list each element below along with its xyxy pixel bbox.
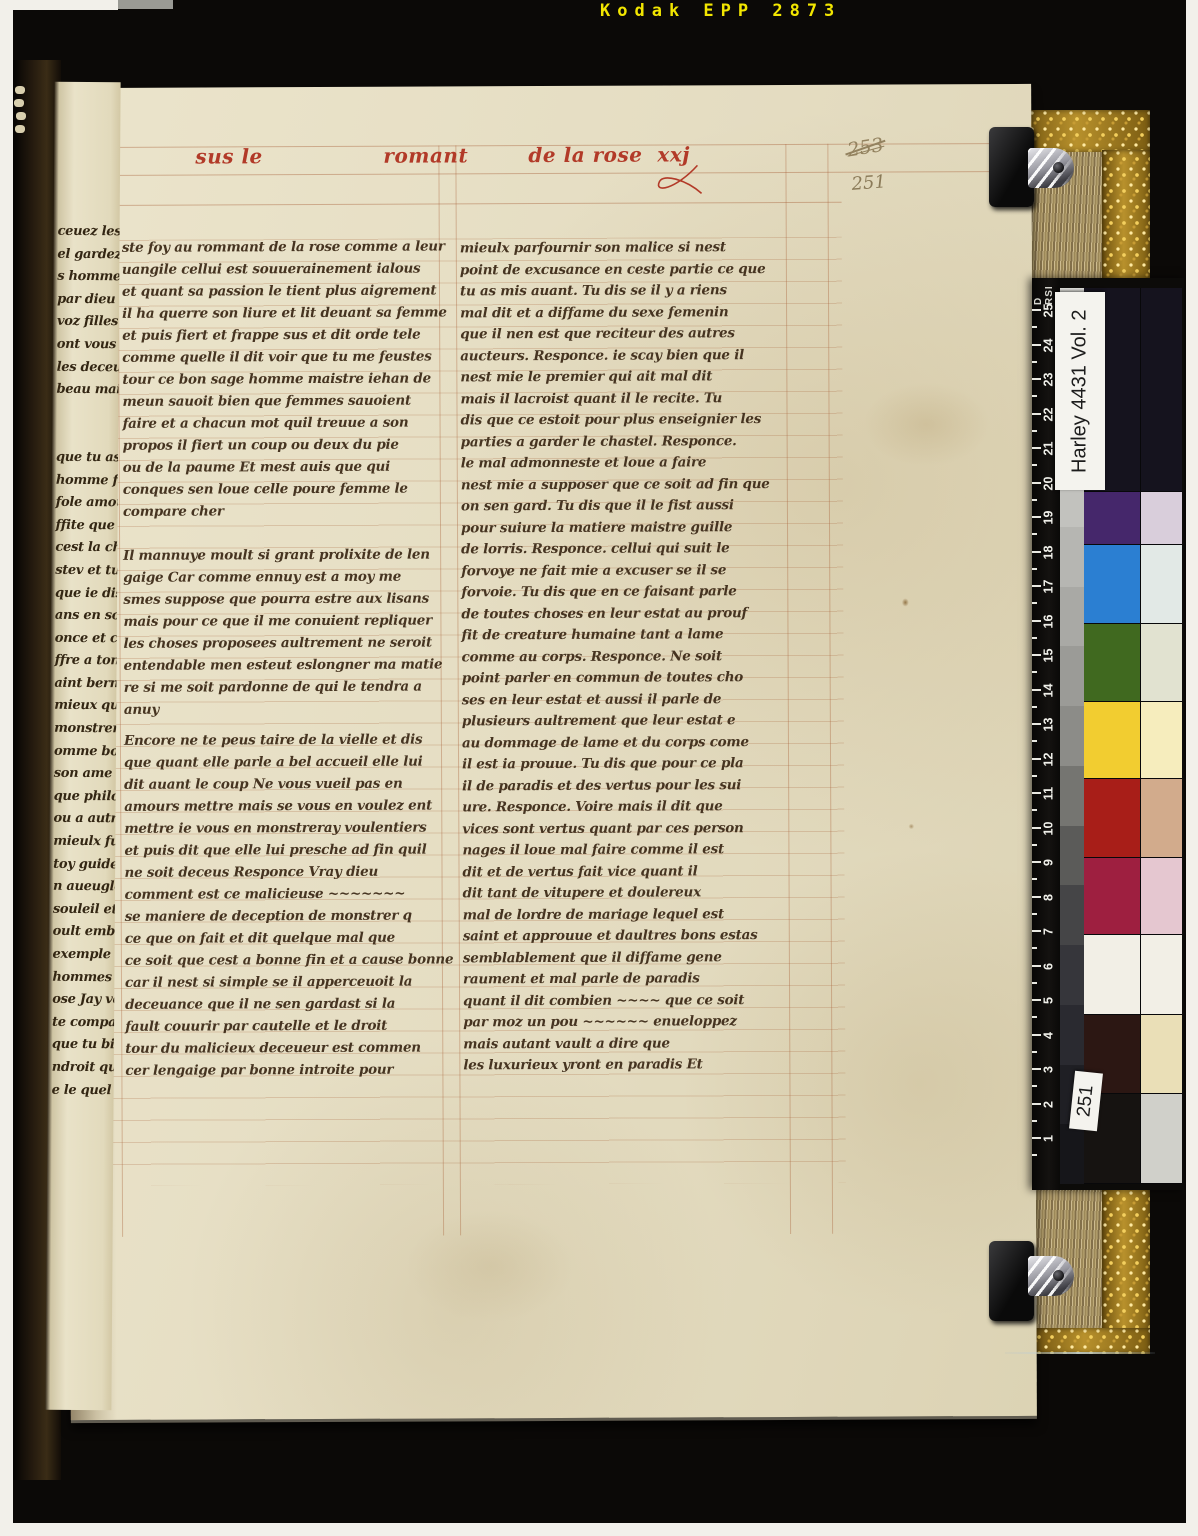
grayscale-step: [1060, 706, 1084, 766]
color-patch: [1084, 545, 1140, 623]
ruler-number: 12: [1042, 750, 1055, 768]
ruler-tick: [1032, 1016, 1037, 1018]
facing-page-text-line: once et ceste ra: [55, 630, 121, 653]
photo-border: [0, 0, 13, 1536]
ruler-tick: [1032, 654, 1041, 656]
facing-page-text-line: ceuez les bieux: [57, 224, 120, 247]
facing-page-text: ceuez les bieuxel gardez ques hommes et …: [51, 224, 120, 1106]
ruler-tick: [1032, 723, 1041, 725]
page-corner-bit: [15, 86, 25, 94]
facing-page-text-line: oult embrase d: [53, 924, 121, 947]
film-edge-notch: [118, 0, 173, 9]
grayscale-step: [1060, 646, 1084, 706]
facing-page-text-line: que philosophie: [54, 789, 121, 812]
ruler-number: 2: [1042, 1095, 1055, 1113]
facing-page-text-line: ffite que tu dis: [55, 518, 120, 541]
facing-page-text-line: el gardez que: [57, 246, 120, 269]
ruler-tick: [1032, 896, 1041, 898]
facing-page-text-line: ose Jay veu escr: [52, 992, 121, 1015]
ruler-tick: [1032, 1034, 1041, 1036]
ruler-tick: [1032, 620, 1041, 622]
color-patch: [1140, 858, 1182, 934]
facing-page-text-line: fole amour le: [56, 495, 121, 518]
ruler-tick: [1032, 1154, 1037, 1156]
color-patch: [1140, 624, 1182, 701]
ruler-tick: [1032, 809, 1037, 811]
facing-page-text-line: aint bernard et: [54, 676, 120, 699]
ruler-number: 5: [1042, 992, 1055, 1010]
color-patch: [1140, 288, 1182, 491]
ruler-tick: [1032, 844, 1037, 846]
facing-page-text-line: n aueugle pour f: [53, 879, 121, 902]
ruler-tick: [1032, 482, 1041, 484]
page-corner-bit: [14, 99, 24, 107]
facing-page-text-line: ont vous mesm: [57, 337, 121, 360]
ruler-number: 3: [1042, 1061, 1055, 1079]
ruler-number: 23: [1042, 371, 1055, 389]
color-patch-row: [1084, 624, 1182, 702]
ruler-tick: [1032, 999, 1041, 1001]
page-corner-bit: [15, 125, 25, 133]
ruler-number: 10: [1042, 819, 1055, 837]
ruler-tick: [1032, 930, 1041, 932]
ruler-tick: [1032, 464, 1037, 466]
color-patch: [1084, 492, 1140, 544]
facing-page-text-line: les deceuez ass: [57, 359, 121, 382]
manuscript-page: sus le romant de la rose xxj 253 251 I E…: [65, 84, 1037, 1420]
grayscale-step: [1060, 587, 1084, 647]
color-patch: [1084, 935, 1140, 1014]
ruler-number: 1: [1042, 1130, 1055, 1148]
binder-clip-bottom-handle: [1028, 1256, 1074, 1296]
ruler-tick: [1032, 568, 1037, 570]
ruler-tick: [1032, 585, 1041, 587]
gilt-edge-band-bottom: [1030, 1328, 1150, 1354]
color-patch: [1140, 1094, 1182, 1183]
ruler-number: 24: [1042, 336, 1055, 354]
facing-page-text-line: ans en son deu: [55, 608, 121, 631]
ruler-tick: [1032, 309, 1041, 311]
color-patch: [1140, 779, 1182, 857]
color-patch-row: [1084, 779, 1182, 858]
ruler-tick: [1032, 1137, 1041, 1139]
facing-page-text-line: mieulx fust: [53, 834, 120, 857]
ruler-tick: [1032, 740, 1037, 742]
grayscale-step: [1060, 945, 1084, 1005]
binder-clip-top-handle: [1028, 148, 1074, 188]
ruler-number: 19: [1042, 509, 1055, 527]
color-patch: [1140, 935, 1182, 1014]
ruler-tick: [1032, 344, 1041, 346]
facing-page-text-line: par dieu si soit: [57, 292, 121, 315]
facing-page-text-line: ffre a ton simpl: [54, 653, 120, 676]
ruler-number: 17: [1042, 578, 1055, 596]
ruler-number: 9: [1042, 854, 1055, 872]
ruler-tick: [1032, 413, 1041, 415]
ruler-number: 6: [1042, 957, 1055, 975]
ruler-tick: [1032, 533, 1037, 535]
ruler-tick: [1032, 551, 1041, 553]
ruler-tick: [1032, 1103, 1041, 1105]
ruler-tick: [1032, 361, 1037, 363]
grayscale-step: [1060, 527, 1084, 587]
facing-page-text-line: toy guide que tu: [53, 856, 121, 879]
ruler-tick: [1032, 671, 1037, 673]
ruler-tick: [1032, 878, 1037, 880]
ruler-tick: [1032, 395, 1037, 397]
color-patch: [1084, 702, 1140, 778]
parchment-stains: [65, 84, 1037, 1420]
film-photograph: Kodak EPP 2873 ceuez les bieuxel gardez …: [0, 0, 1198, 1536]
gilt-edge-band-top: [1016, 110, 1150, 152]
facing-page-text-line: monstrer que il: [54, 721, 121, 744]
grayscale-step: [1060, 1005, 1084, 1065]
ruler-tick: [1032, 758, 1041, 760]
ruler-tick: [1032, 1068, 1041, 1070]
color-patch-row: [1084, 935, 1182, 1015]
ruler-number: 22: [1042, 405, 1055, 423]
ruler-number: 13: [1042, 716, 1055, 734]
grayscale-step: [1060, 826, 1084, 886]
ruler-number: 25: [1042, 302, 1055, 320]
color-patch: [1140, 545, 1182, 623]
facing-page-text-line: que ie dis a lu: [55, 585, 121, 608]
ruler-tick: [1032, 602, 1037, 604]
ruler-number: 7: [1042, 923, 1055, 941]
facing-page-text-line: te compaignie: [52, 1015, 121, 1038]
ruler-tick: [1032, 861, 1041, 863]
ruler-tick: [1032, 827, 1041, 829]
page-corner-bit: [16, 112, 26, 120]
ruler-tick: [1032, 689, 1041, 691]
facing-page-text-line: omme bonne ou: [54, 743, 121, 766]
facing-page-text-line: s hommes et s: [57, 269, 120, 292]
color-patch-row: [1084, 702, 1182, 779]
facing-page-text-line: ndroit quil ne: [52, 1060, 121, 1083]
ruler-number: 20: [1042, 474, 1055, 492]
color-patch: [1084, 624, 1140, 701]
color-patch: [1084, 858, 1140, 934]
film-stock-label: Kodak EPP 2873: [600, 1, 841, 21]
ruler-number: 8: [1042, 888, 1055, 906]
ruler-number: 15: [1042, 647, 1055, 665]
grayscale-step: [1060, 1124, 1084, 1184]
facing-page-text-line: que tu as presch: [56, 450, 121, 473]
ruler-number: 21: [1042, 440, 1055, 458]
shelfmark-label: Harley 4431 Vol. 2: [1055, 292, 1105, 490]
grayscale-step: [1060, 885, 1084, 945]
edge-highlight-line: [1005, 1352, 1155, 1354]
facing-page-text-line: beau maistre: [56, 382, 120, 405]
facing-page-text-line: homme fol amou: [56, 472, 121, 495]
facing-page-text-line: son ame et sen fu: [54, 766, 121, 789]
facing-page-text-line: cest la chose qu: [55, 540, 120, 563]
facing-page-text-line: que tu bien co: [52, 1037, 121, 1060]
ruler-tick: [1032, 1085, 1037, 1087]
color-patch: [1140, 492, 1182, 544]
ruler-number: 11: [1042, 785, 1055, 803]
facing-page-text-line: exemple et m: [52, 947, 120, 970]
facing-page-text-line: stev et tu dis: [55, 563, 121, 586]
ruler-tick: [1032, 499, 1037, 501]
ruler-number: 18: [1042, 543, 1055, 561]
grayscale-step: [1060, 766, 1084, 826]
facing-page-text-line: ou a autre sci: [53, 811, 120, 834]
ruler-tick: [1032, 965, 1041, 967]
color-patch-row: [1084, 858, 1182, 935]
color-patch-row: [1084, 545, 1182, 624]
facing-page-text-line: voz filles voz fi: [57, 314, 121, 337]
facing-page-text-line: hommes de mau: [52, 969, 120, 992]
ruler-tick: [1032, 447, 1041, 449]
photo-border: [0, 1523, 1198, 1536]
ruler-number: 4: [1042, 1026, 1055, 1044]
photo-border: [1186, 0, 1198, 1536]
ruler-number: 16: [1042, 612, 1055, 630]
ruler-tick: [1032, 637, 1037, 639]
ruler-tick: [1032, 792, 1041, 794]
ruler-tick: [1032, 378, 1041, 380]
color-patch: [1084, 779, 1140, 857]
ruler-tick: [1032, 775, 1037, 777]
ruler-tick: [1032, 982, 1037, 984]
ruler-tick: [1032, 430, 1037, 432]
ruler-tick: [1032, 913, 1037, 915]
ruler-tick: [1032, 706, 1037, 708]
facing-page-text-line: e le quel deu: [51, 1082, 120, 1105]
ruler-tick: [1032, 326, 1037, 328]
color-calibration-bar: D RSI 2524232221201918171615141312111098…: [1032, 278, 1184, 1190]
ruler-number: 14: [1042, 681, 1055, 699]
color-patch-row: [1084, 492, 1182, 545]
color-patch: [1140, 1015, 1182, 1093]
ruler-tick: [1032, 516, 1041, 518]
facing-page-edge: ceuez les bieuxel gardez ques hommes et …: [45, 82, 120, 1410]
ruler-tick: [1032, 1120, 1037, 1122]
facing-page-text-line: mieux que il: [54, 698, 120, 721]
color-patch: [1140, 702, 1182, 778]
ruler-tick: [1032, 947, 1037, 949]
facing-page-text-line: souleil et les: [53, 902, 121, 925]
photo-border: [0, 0, 118, 10]
ruler-tick: [1032, 1051, 1037, 1053]
